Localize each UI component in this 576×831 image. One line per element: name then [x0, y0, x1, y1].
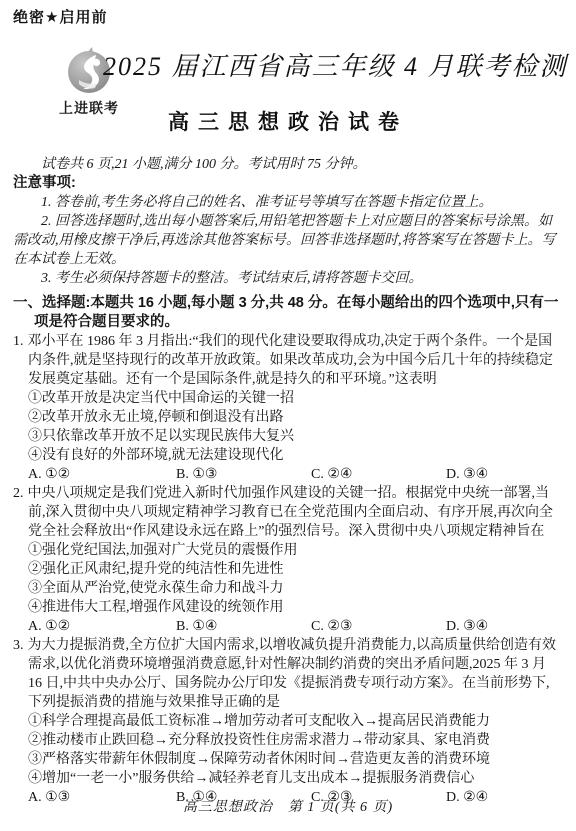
question-2-stem: 2.中央八项规定是我们党进入新时代加强作风建设的关键一招。根据党中央统一部署,当…	[13, 484, 563, 541]
question-3-number: 3.	[13, 638, 24, 653]
section-header: 一、选择题:本题共 16 小题,每小题 3 分,共 48 分。在每小题给出的四个…	[13, 294, 563, 332]
choice-b: B. ①③	[176, 465, 311, 484]
choice-c: C. ②④	[311, 465, 446, 484]
option-item: ①科学合理提高最低工资标准→增加劳动者可支配收入→提高居民消费能力	[28, 712, 563, 731]
question-1-number: 1.	[13, 334, 24, 349]
question-3-stem: 3.为大力提振消费,全方位扩大国内需求,以增收减负提升消费能力,以高质量供给创造…	[13, 636, 563, 712]
question-1-text: 邓小平在 1986 年 3 月指出:“我们的现代化建设要取得成功,决定于两个条件…	[28, 334, 554, 387]
option-item: ③只依靠改革开放不足以实现民族伟大复兴	[28, 427, 563, 446]
question-2-text: 中央八项规定是我们党进入新时代加强作风建设的关键一招。根据党中央统一部署,当前,…	[28, 486, 554, 539]
option-item: ④没有良好的外部环境,就无法建设现代化	[28, 446, 563, 465]
exam-header: 上进联考 2025 届江西省高三年级 4 月联考检测 高三思想政治试卷	[13, 27, 563, 155]
choice-d: D. ③④	[446, 465, 563, 484]
question-1-choices: A. ①② B. ①③ C. ②④ D. ③④	[13, 465, 563, 484]
exam-body: 试卷共 6 页,21 小题,满分 100 分。考试用时 75 分钟。 注意事项:…	[13, 155, 563, 807]
option-item: ①改革开放是决定当代中国命运的关键一招	[28, 389, 563, 408]
choice-c: C. ②③	[311, 617, 446, 636]
exam-title: 2025 届江西省高三年级 4 月联考检测	[103, 57, 563, 76]
notice-item-2: 2. 回答选择题时,选出每小题答案后,用铅笔把答题卡上对应题目的答案标号涂黑。如…	[13, 212, 563, 269]
choice-a: A. ①②	[28, 617, 176, 636]
question-3-options: ①科学合理提高最低工资标准→增加劳动者可支配收入→提高居民消费能力 ②推动楼市止…	[13, 712, 563, 788]
choice-b: B. ①④	[176, 617, 311, 636]
option-item: ②改革开放永无止境,停顿和倒退没有出路	[28, 408, 563, 427]
notice-item-3: 3. 考生必须保持答题卡的整洁。考试结束后,请将答题卡交回。	[13, 269, 563, 288]
option-item: ②强化正风肃纪,提升党的纯洁性和先进性	[28, 560, 563, 579]
option-item: ③全面从严治党,使党永葆生命力和战斗力	[28, 579, 563, 598]
option-item: ④增加“一老一小”服务供给→减轻养老育儿支出成本→提振服务消费信心	[28, 769, 563, 788]
security-label: 绝密★启用前	[13, 8, 563, 27]
exam-paper-page: 绝密★启用前	[0, 0, 576, 831]
option-item: ②推动楼市止跌回稳→充分释放投资性住房需求潜力→带动家具、家电消费	[28, 731, 563, 750]
option-item: ①强化党纪国法,加强对广大党员的震慑作用	[28, 541, 563, 560]
question-3-text: 为大力提振消费,全方位扩大国内需求,以增收减负提升消费能力,以高质量供给创造有效…	[28, 638, 557, 710]
choice-d: D. ③④	[446, 617, 563, 636]
question-2: 2.中央八项规定是我们党进入新时代加强作风建设的关键一招。根据党中央统一部署,当…	[13, 484, 563, 636]
question-3: 3.为大力提振消费,全方位扩大国内需求,以增收减负提升消费能力,以高质量供给创造…	[13, 636, 563, 807]
option-item: ③严格落实带薪年休假制度→保障劳动者休闲时间→营造更友善的消费环境	[28, 750, 563, 769]
question-2-options: ①强化党纪国法,加强对广大党员的震慑作用 ②强化正风肃纪,提升党的纯洁性和先进性…	[13, 541, 563, 617]
question-1-options: ①改革开放是决定当代中国命运的关键一招 ②改革开放永无止境,停顿和倒退没有出路 …	[13, 389, 563, 465]
exam-info-line: 试卷共 6 页,21 小题,满分 100 分。考试用时 75 分钟。	[13, 155, 563, 174]
question-1-stem: 1.邓小平在 1986 年 3 月指出:“我们的现代化建设要取得成功,决定于两个…	[13, 332, 563, 389]
option-item: ④推进伟大工程,增强作风建设的统领作用	[28, 598, 563, 617]
exam-subtitle: 高三思想政治试卷	[13, 113, 563, 132]
exam-league-logo-icon	[65, 84, 113, 99]
question-1: 1.邓小平在 1986 年 3 月指出:“我们的现代化建设要取得成功,决定于两个…	[13, 332, 563, 484]
question-2-choices: A. ①② B. ①④ C. ②③ D. ③④	[13, 617, 563, 636]
notice-title: 注意事项:	[13, 174, 563, 193]
page-footer: 高三思想政治 第 1 页(共 6 页)	[0, 798, 576, 817]
notice-item-1: 1. 答卷前,考生务必将自己的姓名、准考证号等填写在答题卡指定位置上。	[13, 193, 563, 212]
question-2-number: 2.	[13, 486, 24, 501]
choice-a: A. ①②	[28, 465, 176, 484]
